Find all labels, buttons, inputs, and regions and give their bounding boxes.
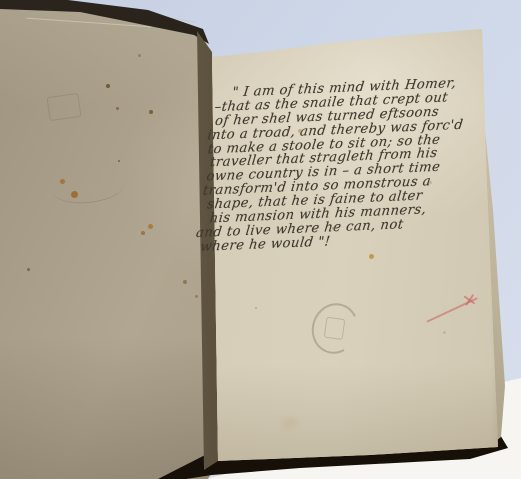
foxing-spot <box>60 179 65 184</box>
foxing-spot <box>27 268 30 271</box>
foxing-spot <box>443 331 446 334</box>
foxing-spot <box>415 95 417 97</box>
foxing-spot <box>298 129 302 133</box>
pencil-ghost-mark <box>46 93 81 121</box>
foxing-spot <box>255 307 257 309</box>
foxing-spot <box>282 418 297 429</box>
foxing-spot <box>332 227 335 230</box>
foxing-spot <box>429 181 432 184</box>
photo-antique-open-book: " I am of this mind with Homer, –that as… <box>0 0 521 479</box>
foxing-spot <box>141 231 145 235</box>
foxing-spot <box>116 107 119 110</box>
foxing-spot <box>118 160 120 162</box>
foxing-spot <box>106 84 110 88</box>
foxing-spot <box>183 280 187 284</box>
foxing-spot <box>369 254 374 259</box>
foxing-spot <box>149 110 153 114</box>
foxing-spot <box>195 295 198 298</box>
handwritten-inscription: " I am of this mind with Homer, –that as… <box>198 75 497 254</box>
embossed-stamp-inner <box>324 317 346 340</box>
foxing-spot <box>138 54 141 57</box>
foxing-spot <box>148 224 153 229</box>
foxing-spot <box>71 191 78 198</box>
